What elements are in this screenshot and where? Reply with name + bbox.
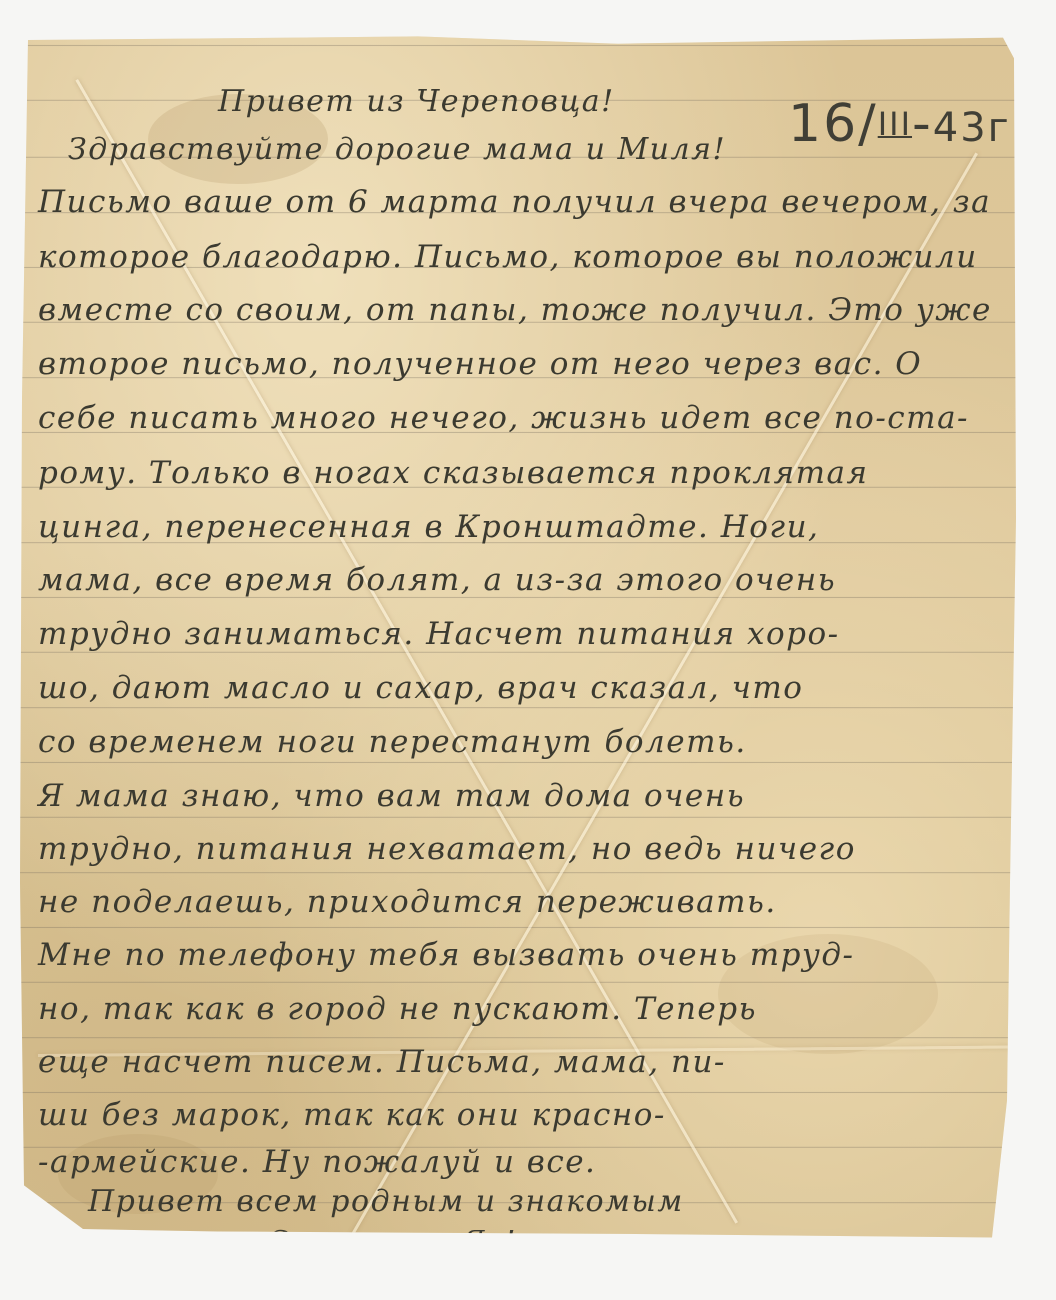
date-day: 16 (788, 94, 858, 154)
letter-line: ши без марок, так как они красно- (38, 1097, 666, 1133)
letter-line: шо, дают масло и сахар, врач сказал, что (38, 670, 803, 706)
letter-text: 16/III-43г. Привет из Череповца! Здравст… (18, 34, 1018, 1246)
letter-line: -армейские. Ну пожалуй и все. (38, 1144, 596, 1180)
letter-line: цинга, перенесенная в Кронштадте. Ноги, (38, 509, 819, 545)
letter-line: еще насчет писем. Письма, мама, пи- (38, 1044, 726, 1080)
letter-line: Мне по телефону тебя вызвать очень труд- (38, 937, 855, 973)
letter-line: не поделаешь, приходится переживать. (38, 884, 777, 920)
letter-line: рому. Только в ногах сказывается проклят… (38, 455, 869, 491)
letter-line: мама, все время болят, а из-за этого оче… (38, 562, 836, 598)
letter-line: трудно заниматься. Насчет питания хоро- (38, 616, 840, 652)
letter-line: себе писать много нечего, жизнь идет все… (38, 400, 969, 436)
letter-line: второе письмо, полученное от него через … (38, 346, 922, 382)
letter-line: которое благодарю. Письмо, которое вы по… (38, 239, 978, 275)
letter-line: но, так как в город не пускают. Теперь (38, 991, 757, 1027)
letter-date: 16/III-43г. (788, 94, 1025, 154)
date-year: 43г. (933, 105, 1026, 151)
letter-greeting: Здравствуйте дорогие мама и Миля! (68, 132, 726, 167)
letter-line: со временем ноги перестанут болеть. (38, 724, 747, 760)
letter-line: Я мама знаю, что вам там дома очень (38, 778, 745, 814)
date-month: III (878, 105, 912, 143)
letter-line: Письмо ваше от 6 марта получил вчера веч… (38, 184, 991, 220)
scanned-letter: 16/III-43г. Привет из Череповца! Здравст… (0, 0, 1056, 1300)
paper-sheet: 16/III-43г. Привет из Череповца! Здравст… (18, 34, 1018, 1246)
letter-signature: С приветом Ян! (268, 1226, 517, 1256)
letter-line: трудно, питания нехватает, но ведь ничег… (38, 831, 856, 867)
letter-closing: Привет всем родным и знакомым (88, 1184, 684, 1219)
letter-heading: Привет из Череповца! (218, 84, 615, 119)
letter-line: вместе со своим, от папы, тоже получил. … (38, 292, 992, 328)
